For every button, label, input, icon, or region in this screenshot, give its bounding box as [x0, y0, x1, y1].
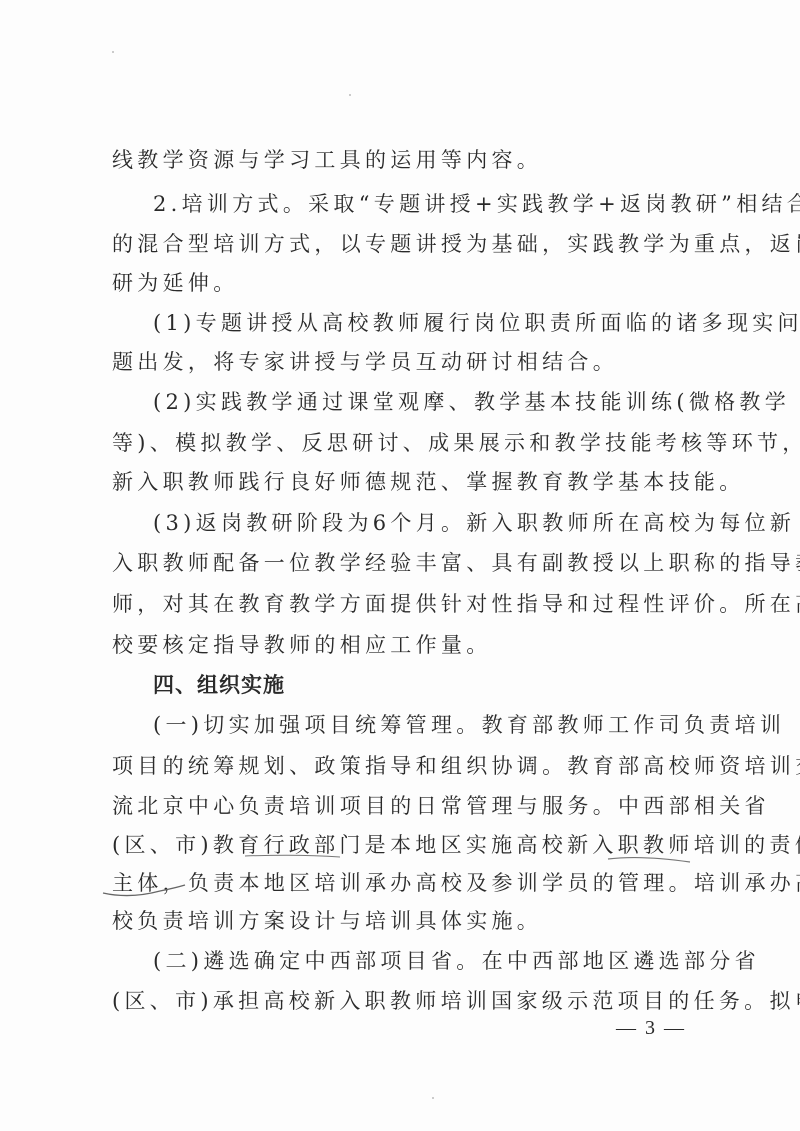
paragraph-line: 的混合型培训方式，以专题讲授为基础，实践教学为重点，返岗教	[112, 230, 690, 258]
paragraph-line: 等)、模拟教学、反思研讨、成果展示和教学技能考核等环节，帮助	[112, 429, 690, 457]
paragraph-line: 研为延伸。	[112, 269, 690, 297]
scan-speck	[432, 1097, 434, 1099]
paragraph-line: 入职教师配备一位教学经验丰富、具有副教授以上职称的指导教	[112, 549, 690, 577]
paragraph-line: 师，对其在教育教学方面提供针对性指导和过程性评价。所在高	[112, 590, 690, 618]
paragraph-line: 校要核定指导教师的相应工作量。	[112, 631, 690, 659]
paragraph-line: (区、市)教育行政部门是本地区实施高校新入职教师培训的责任	[112, 831, 690, 859]
paragraph-line: 主体，负责本地区培训承办高校及参训学员的管理。培训承办高	[112, 869, 690, 897]
paragraph-line: 校负责培训方案设计与培训具体实施。	[112, 907, 690, 935]
paragraph-line: 项目的统筹规划、政策指导和组织协调。教育部高校师资培训交	[112, 752, 690, 780]
paragraph-line: 题出发，将专家讲授与学员互动研讨相结合。	[112, 348, 690, 376]
section-heading: 四、组织实施	[153, 671, 690, 699]
paragraph-line: (二)遴选确定中西部项目省。在中西部地区遴选部分省	[153, 947, 690, 975]
paragraph-line: 线教学资源与学习工具的运用等内容。	[112, 146, 690, 174]
paragraph-line: 新入职教师践行良好师德规范、掌握教育教学基本技能。	[112, 468, 690, 496]
paragraph-line: (区、市)承担高校新入职教师培训国家级示范项目的任务。拟申	[112, 987, 690, 1015]
document-page: 线教学资源与学习工具的运用等内容。 2.培训方式。采取“专题讲授+实践教学+返岗…	[0, 0, 800, 1131]
page-number: — 3 —	[616, 1017, 686, 1040]
paragraph-line: (一)切实加强项目统筹管理。教育部教师工作司负责培训	[153, 711, 690, 739]
paragraph-line: 流北京中心负责培训项目的日常管理与服务。中西部相关省	[112, 792, 690, 820]
paragraph-line: 2.培训方式。采取“专题讲授+实践教学+返岗教研”相结合	[153, 190, 690, 218]
paragraph-line: (1)专题讲授从高校教师履行岗位职责所面临的诸多现实问	[153, 309, 690, 337]
paragraph-line: (2)实践教学通过课堂观摩、教学基本技能训练(微格教学	[153, 388, 690, 416]
scan-speck	[112, 51, 114, 53]
paragraph-line: (3)返岗教研阶段为6个月。新入职教师所在高校为每位新	[153, 509, 690, 537]
scan-speck	[349, 94, 351, 96]
